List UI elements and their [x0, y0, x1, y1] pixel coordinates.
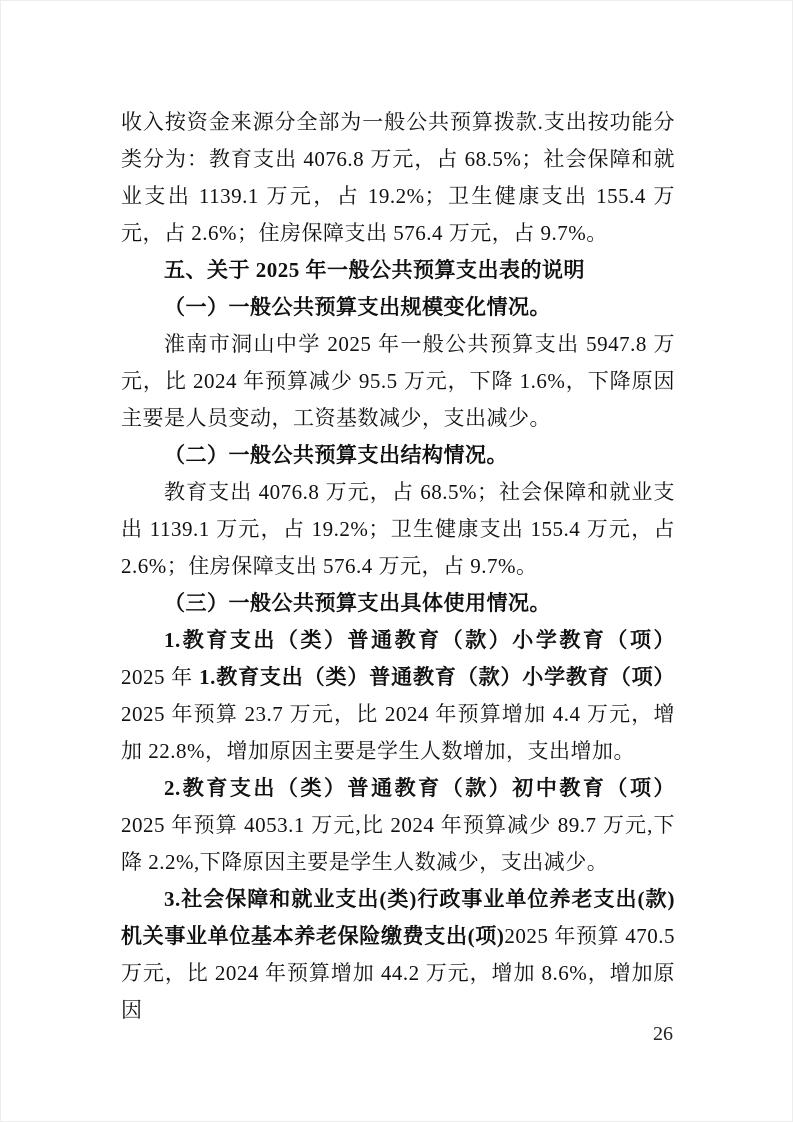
sub-heading-1: （一）一般公共预算支出规模变化情况。: [121, 289, 675, 326]
text-run: 1.教育支出（类）普通教育（款）小学教育（项）: [164, 628, 675, 652]
sub-heading-2: （二）一般公共预算支出结构情况。: [121, 437, 675, 474]
text-run: 2025 年预算 4053.1 万元,比 2024 年预算减少 89.7 万元,…: [121, 813, 675, 874]
text-run: 五、关于 2025 年一般公共预算支出表的说明: [164, 258, 585, 282]
text-run: 收入按资金来源分全部为一般公共预算拨款.支出按功能分类分为：教育支出 4076.…: [121, 110, 675, 245]
paragraph: 淮南市洞山中学 2025 年一般公共预算支出 5947.8 万元，比 2024 …: [121, 326, 675, 437]
text-run: 2025 年预算 23.7 万元，比 2024 年预算增加 4.4 万元，增加 …: [121, 702, 675, 763]
text-run: 教育支出 4076.8 万元，占 68.5%；社会保障和就业支出 1139.1 …: [121, 480, 675, 578]
section-heading: 五、关于 2025 年一般公共预算支出表的说明: [121, 252, 675, 289]
paragraph-continuation: 收入按资金来源分全部为一般公共预算拨款.支出按功能分类分为：教育支出 4076.…: [121, 104, 675, 252]
page-number: 26: [653, 1022, 673, 1046]
text-run: 淮南市洞山中学 2025 年一般公共预算支出 5947.8 万元，比 2024 …: [121, 332, 675, 430]
text-run: 2025 年: [121, 665, 199, 689]
text-run: （一）一般公共预算支出规模变化情况。: [164, 295, 551, 319]
document-body: 收入按资金来源分全部为一般公共预算拨款.支出按功能分类分为：教育支出 4076.…: [121, 104, 675, 1029]
text-run: （三）一般公共预算支出具体使用情况。: [164, 591, 551, 615]
list-item-2: 2.教育支出（类）普通教育（款）初中教育（项）2025 年预算 4053.1 万…: [121, 770, 675, 881]
text-run: 2.教育支出（类）普通教育（款）初中教育（项）: [164, 776, 675, 800]
paragraph: 教育支出 4076.8 万元，占 68.5%；社会保障和就业支出 1139.1 …: [121, 474, 675, 585]
document-page: 收入按资金来源分全部为一般公共预算拨款.支出按功能分类分为：教育支出 4076.…: [0, 0, 793, 1122]
list-item-1: 1.教育支出（类）普通教育（款）小学教育（项）2025 年 1.教育支出（类）普…: [121, 622, 675, 770]
list-item-3: 3.社会保障和就业支出(类)行政事业单位养老支出(款)机关事业单位基本养老保险缴…: [121, 881, 675, 1029]
text-run: 1.教育支出（类）普通教育（款）小学教育（项）: [199, 665, 675, 689]
text-run: （二）一般公共预算支出结构情况。: [164, 443, 508, 467]
sub-heading-3: （三）一般公共预算支出具体使用情况。: [121, 585, 675, 622]
